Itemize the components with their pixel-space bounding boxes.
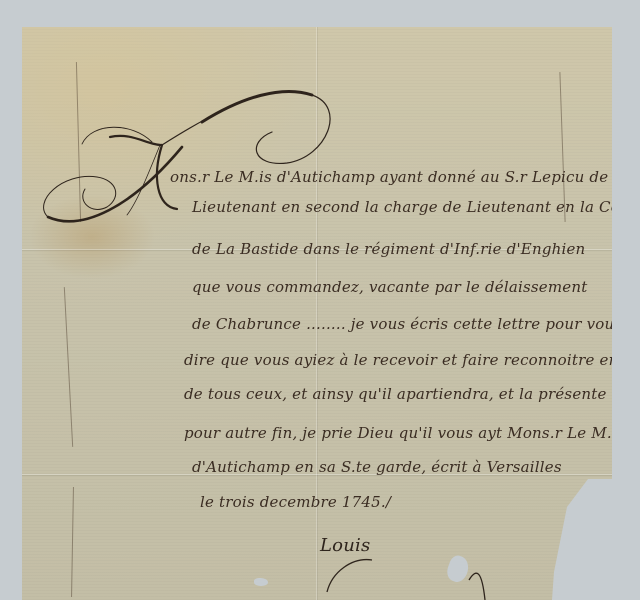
letter-paper: ons.r Le M.is d'Autichamp ayant donné au… — [22, 27, 612, 600]
paper-hole-1 — [254, 578, 268, 586]
signature-flourish — [22, 27, 612, 600]
